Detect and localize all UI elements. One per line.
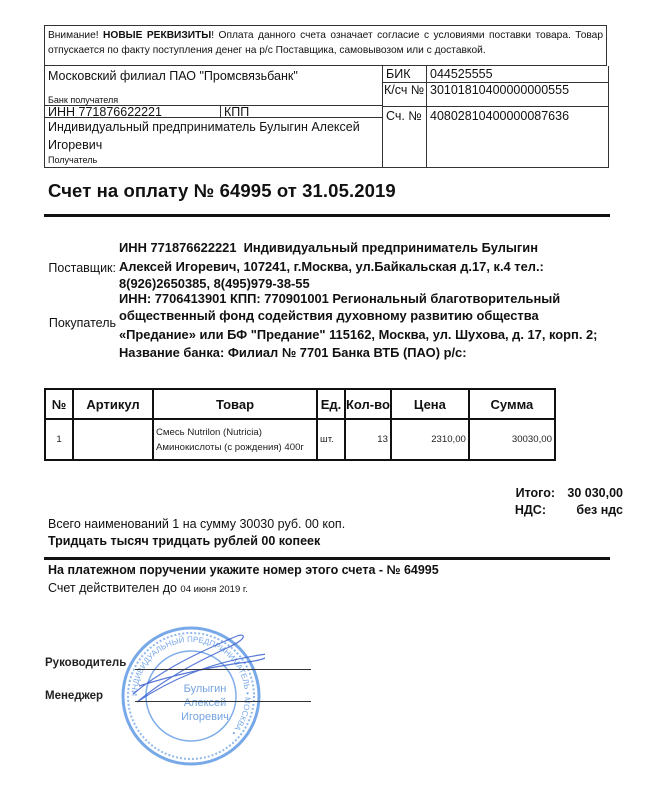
ks-value: 30101810400000000555 (427, 83, 609, 98)
row-unit: шт. (317, 419, 345, 460)
buyer-line1: ИНН: 7706413901 КПП: 770901001 Региональ… (119, 291, 614, 307)
svg-text:Игоревич: Игоревич (181, 711, 229, 723)
row-number: 1 (45, 419, 73, 460)
notice-prefix: Внимание! (48, 30, 99, 41)
bik-value: 044525555 (427, 67, 609, 82)
col-number: № (45, 389, 73, 419)
row-sum: 30030,00 (469, 419, 555, 460)
buyer-line4: Название банка: Филиал № 7701 Банка ВТБ … (119, 344, 614, 363)
bik-label: БИК (383, 67, 426, 82)
buyer-line3: «Предание» или БФ "Предание" 115162, Мос… (119, 326, 614, 345)
kpp-field: КПП (221, 106, 381, 118)
svg-text:Булыгин: Булыгин (184, 683, 227, 695)
inn-value: 771876622221 (79, 106, 162, 118)
supplier-line1: ИНН 771876622221 Индивидуальный предприн… (119, 239, 614, 258)
account-value: 40802810400000087636 (427, 109, 609, 124)
col-qty: Кол-во (345, 389, 391, 419)
supplier-line2: Алексей Игоревич, 107241, г.Москва, ул.Б… (119, 258, 614, 277)
account-label: Сч. № (383, 109, 426, 124)
col-price: Цена (391, 389, 469, 419)
recipient-line1: Индивидуальный предприниматель Булыгин А… (45, 120, 382, 135)
row-price: 2310,00 (391, 419, 469, 460)
recipient-line2: Игоревич (45, 138, 382, 153)
col-article: Артикул (73, 389, 153, 419)
amount-in-words: Тридцать тысяч тридцать рублей 00 копеек (48, 534, 320, 548)
notice-box: Внимание! НОВЫЕ РЕКВИЗИТЫ! Оплата данног… (44, 25, 607, 66)
col-sum: Сумма (469, 389, 555, 419)
row-qty: 13 (345, 419, 391, 460)
bank-name-caption: Банк получателя (45, 95, 382, 105)
manager-label: Менеджер (45, 690, 103, 702)
table-header-row: № Артикул Товар Ед. Кол-во Цена Сумма (45, 389, 555, 419)
total-value: 30 030,00 (555, 486, 623, 500)
manager-signature-line (135, 701, 311, 702)
invoice-title: Счет на оплату № 64995 от 31.05.2019 (48, 180, 396, 202)
row-article (73, 419, 153, 460)
payment-instruction: На платежном поручении укажите номер это… (48, 563, 439, 577)
seal-stamp-icon: ИНДИВИДУАЛЬНЫЙ ПРЕДПРИНИМАТЕЛЬ • МОСКВА … (117, 622, 265, 770)
buyer-label: Покупатель (0, 316, 116, 330)
supplier-label: Поставщик: (0, 261, 116, 275)
table-row: 1 Смесь Nutrilon (Nutricia) Аминокислоты… (45, 419, 555, 460)
buyer-details: ИНН: 7706413901 КПП: 770901001 Региональ… (119, 291, 614, 363)
row-product: Смесь Nutrilon (Nutricia) Аминокислоты (… (153, 419, 317, 460)
vat-label: НДС: (470, 503, 546, 517)
ks-label: К/сч № (383, 83, 426, 98)
inn-field: ИНН 771876622221 (45, 106, 220, 118)
director-label: Руководитель (45, 657, 126, 669)
notice-highlight: НОВЫЕ РЕКВИЗИТЫ (103, 30, 211, 41)
bank-name: Московский филиал ПАО "Промсвязьбанк" (45, 69, 382, 84)
items-table: № Артикул Товар Ед. Кол-во Цена Сумма 1 … (44, 388, 556, 461)
vat-value: без ндс (555, 503, 623, 517)
title-divider (44, 214, 610, 217)
col-product: Товар (153, 389, 317, 419)
bank-requisites: Московский филиал ПАО "Промсвязьбанк" Ба… (44, 66, 609, 168)
items-count-summary: Всего наименований 1 на сумму 30030 руб.… (48, 517, 345, 531)
validity-date: 04 июня 2019 г. (180, 584, 247, 595)
director-signature-line (135, 669, 311, 670)
svg-text:Алексей: Алексей (184, 697, 227, 709)
validity-line: Счет действителен до 04 июня 2019 г. (48, 581, 248, 595)
col-unit: Ед. (317, 389, 345, 419)
payment-divider (44, 557, 610, 560)
buyer-line2: общественный фонд содействия духовному р… (119, 307, 614, 326)
total-label: Итого: (470, 486, 555, 500)
recipient-caption: Получатель (45, 155, 382, 165)
supplier-details: ИНН 771876622221 Индивидуальный предприн… (119, 239, 614, 292)
supplier-line3: 8(926)2650385, 8(495)979-38-55 (119, 276, 614, 292)
